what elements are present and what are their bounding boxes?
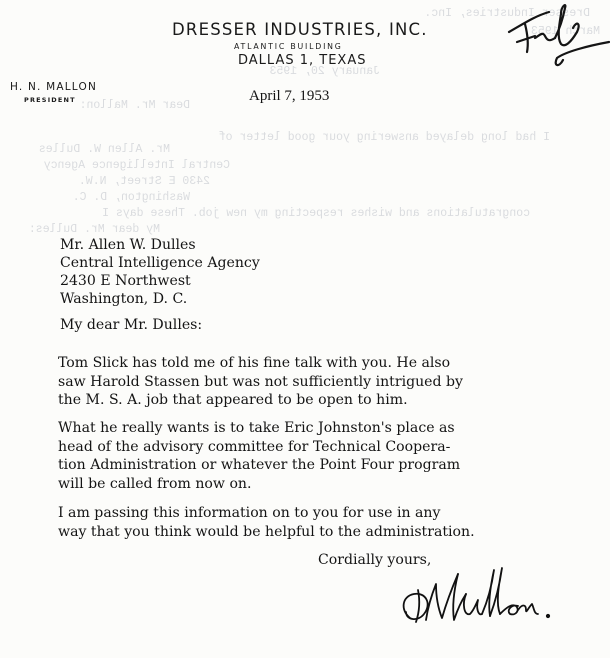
bleed-line: 2430 E Street, N.W. bbox=[79, 172, 210, 192]
paragraph-line: way that you think would be helpful to t… bbox=[58, 523, 578, 542]
bleed-line: Mr. Allen W. Dulles bbox=[39, 140, 170, 160]
recipient-line: Washington, D. C. bbox=[60, 290, 260, 308]
letterhead-city: Dallas 1, Texas bbox=[238, 53, 366, 68]
recipient-line: 2430 E Northwest bbox=[60, 272, 260, 290]
paragraph-line: the M. S. A. job that appeared to be ope… bbox=[58, 391, 578, 410]
paragraph-1: Tom Slick has told me of his fine talk w… bbox=[58, 354, 578, 410]
paragraph-line: I am passing this information on to you … bbox=[58, 504, 578, 523]
paragraph-2: What he really wants is to take Eric Joh… bbox=[58, 419, 578, 493]
letter-page: Dresser Industries, Inc. March 1953 Janu… bbox=[0, 0, 610, 658]
paragraph-line: Tom Slick has told me of his fine talk w… bbox=[58, 354, 578, 373]
paragraph-line: will be called from now on. bbox=[58, 475, 578, 494]
bleed-line: Washington, D. C. bbox=[73, 188, 190, 208]
recipient-line: Central Intelligence Agency bbox=[60, 254, 260, 272]
paragraph-line: What he really wants is to take Eric Joh… bbox=[58, 419, 578, 438]
bleed-line: congratulations and wishes respecting my… bbox=[102, 204, 530, 224]
paragraph-line: head of the advisory committee for Techn… bbox=[58, 438, 578, 457]
letter-date: April 7, 1953 bbox=[249, 88, 329, 105]
paragraph-line: tion Administration or whatever the Poin… bbox=[58, 456, 578, 475]
letterhead-company: Dresser Industries, Inc. bbox=[172, 20, 428, 39]
bleed-line: I had long delayed answering your good l… bbox=[219, 128, 550, 148]
bleed-line: Dear Mr. Mallon: bbox=[80, 96, 190, 116]
paragraph-3: I am passing this information on to you … bbox=[58, 504, 578, 541]
letterhead-building: Atlantic Building bbox=[234, 42, 343, 51]
recipient-address: Mr. Allen W. Dulles Central Intelligence… bbox=[60, 236, 260, 308]
handwritten-file-note-icon: File bbox=[505, 2, 610, 70]
salutation: My dear Mr. Dulles: bbox=[60, 316, 202, 334]
letterhead-sender-title: President bbox=[24, 96, 76, 104]
letterhead-sender-name: H. N. Mallon bbox=[10, 81, 97, 93]
bleed-line: Central Intelligence Agency bbox=[44, 156, 230, 176]
recipient-line: Mr. Allen W. Dulles bbox=[60, 236, 260, 254]
signature-icon: H. N. Mallon bbox=[392, 560, 557, 630]
paragraph-line: saw Harold Stassen but was not sufficien… bbox=[58, 373, 578, 392]
